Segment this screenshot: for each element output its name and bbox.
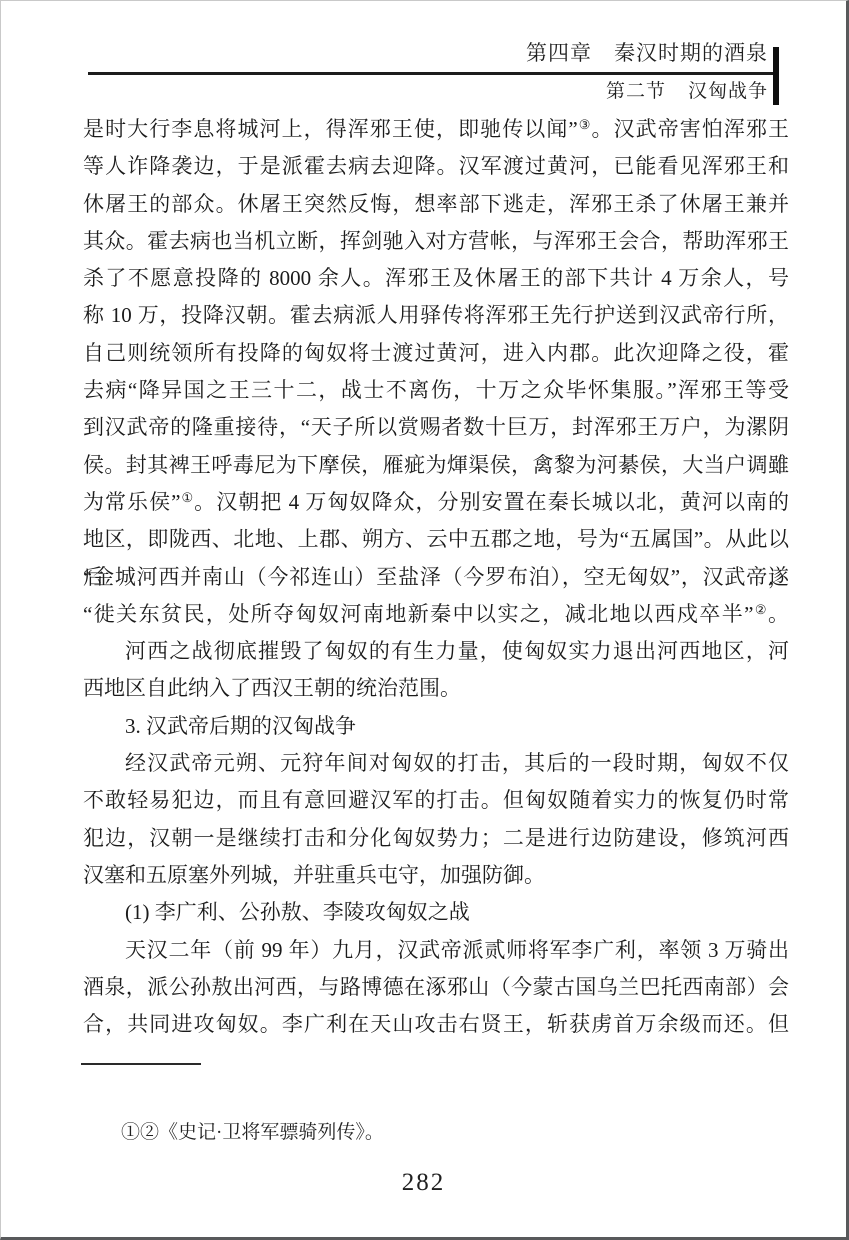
body-line: 3. 汉武帝后期的汉匈战争 — [83, 708, 789, 745]
body-line: 汉塞和五原塞外列城，并驻重兵屯守，加强防御。 — [83, 857, 789, 894]
body-line: “金城河西并南山（今祁连山）至盐泽（今罗布泊），空无匈奴”，汉武帝遂 — [83, 559, 789, 596]
body-line: 不敢轻易犯边，而且有意回避汉军的打击。但匈奴随着实力的恢复仍时常 — [83, 782, 789, 819]
body-line: 为常乐侯”①。汉朝把 4 万匈奴降众，分别安置在秦长城以北，黄河以南的 — [83, 484, 789, 521]
footnote-marker: ② — [754, 602, 769, 617]
body-line: 河西之战彻底摧毁了匈奴的有生力量，使匈奴实力退出河西地区，河 — [83, 633, 789, 670]
body-line: 是时大行李息将城河上，得浑邪王使，即驰传以闻”③。汉武帝害怕浑邪王 — [83, 111, 789, 148]
body-line: 天汉二年（前 99 年）九月，汉武帝派贰师将军李广利，率领 3 万骑出 — [83, 932, 789, 969]
body-line: 侯。封其裨王呼毒尼为下摩侯，雁疵为煇渠侯，禽黎为河綦侯，大当户调雖 — [83, 447, 789, 484]
book-page: 第四章秦汉时期的酒泉 第二节汉匈战争 是时大行李息将城河上，得浑邪王使，即驰传以… — [0, 0, 849, 1240]
body-line: 犯边，汉朝一是继续打击和分化匈奴势力；二是进行边防建设，修筑河西 — [83, 820, 789, 857]
body-line: 到汉武帝的隆重接待，“天子所以赏赐者数十巨万，封浑邪王万户，为漯阴 — [83, 409, 789, 446]
footnote-text: ①②《史记·卫将军骠骑列传》。 — [121, 1120, 384, 1146]
body-line: 杀了不愿意投降的 8000 余人。浑邪王及休屠王的部下共计 4 万余人，号 — [83, 260, 789, 297]
body-line: 西地区自此纳入了西汉王朝的统治范围。 — [83, 670, 789, 707]
body-text: 是时大行李息将城河上，得浑邪王使，即驰传以闻”③。汉武帝害怕浑邪王等人诈降袭边，… — [83, 111, 789, 1043]
footnote-marker: ③ — [578, 117, 592, 132]
running-head-section: 第二节汉匈战争 — [606, 81, 768, 103]
section-label: 第二节 — [606, 81, 666, 102]
section-title: 汉匈战争 — [688, 81, 768, 102]
body-line: 等人诈降袭边，于是派霍去病去迎降。汉军渡过黄河，已能看见浑邪王和 — [83, 148, 789, 185]
body-line: “徙关东贫民，处所夺匈奴河南地新秦中以实之，减北地以西戍卒半”②。 — [83, 596, 789, 633]
body-line: 经汉武帝元朔、元狩年间对匈奴的打击，其后的一段时期，匈奴不仅 — [83, 745, 789, 782]
body-line: 酒泉，派公孙敖出河西，与路博德在涿邪山（今蒙古国乌兰巴托西南部）会 — [83, 969, 789, 1006]
body-line: (1) 李广利、公孙敖、李陵攻匈奴之战 — [83, 894, 789, 931]
chapter-label: 第四章 — [526, 41, 592, 65]
body-line: 合，共同进攻匈奴。李广利在天山攻击右贤王，斩获虏首万余级而还。但 — [83, 1006, 789, 1043]
body-line: 称 10 万，投降汉朝。霍去病派人用驿传将浑邪王先行护送到汉武帝行所， — [83, 297, 789, 334]
chapter-title: 秦汉时期的酒泉 — [614, 41, 768, 65]
footnote-rule — [81, 1063, 201, 1065]
header-side-bar — [773, 47, 779, 105]
header-rule — [88, 72, 778, 75]
body-line: 休屠王的部众。休屠王突然反悔，想率部下逃走，浑邪王杀了休屠王兼并 — [83, 186, 789, 223]
footnote-marker: ① — [180, 490, 194, 505]
body-line: 其众。霍去病也当机立断，挥剑驰入对方营帐，与浑邪王会合，帮助浑邪王 — [83, 223, 789, 260]
body-line: 自己则统领所有投降的匈奴将士渡过黄河，进入内郡。此次迎降之役，霍 — [83, 335, 789, 372]
body-line: 去病“降异国之王三十二，战士不离伤，十万之众毕怀集服。”浑邪王等受 — [83, 372, 789, 409]
page-number: 282 — [1, 1169, 846, 1197]
running-head-chapter: 第四章秦汉时期的酒泉 — [526, 41, 768, 65]
body-line: 地区，即陇西、北地、上郡、朔方、云中五郡之地，号为“五属国”。从此以后， — [83, 521, 789, 558]
